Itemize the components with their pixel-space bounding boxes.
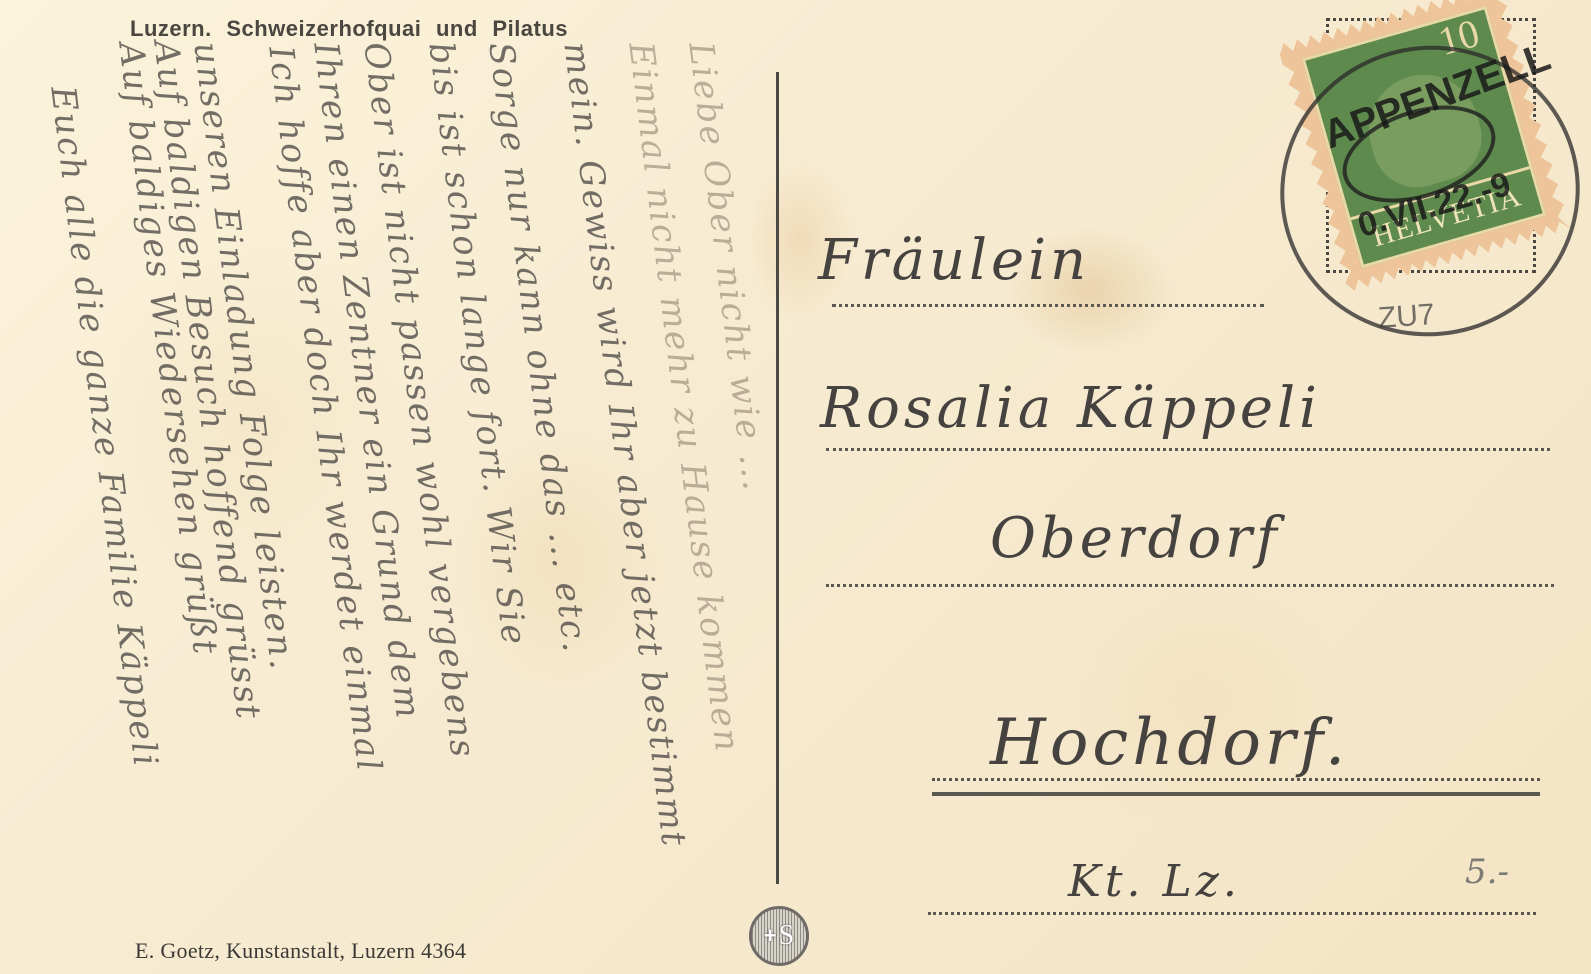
handwritten-message: Auf baldiges Wiedersehen grüßt Euch alle… [0,0,780,974]
address-line-3 [826,584,1554,587]
address-underline [932,792,1540,796]
address-canton: Kt. Lz. [1068,856,1241,907]
address-name: Rosalia Käppeli [820,376,1321,441]
postcard-back: Luzern. Schweizerhofquai und Pilatus Auf… [0,0,1591,974]
address-street: Oberdorf [990,506,1281,571]
postmark-code: ZU7 [1377,298,1436,336]
pencil-note: 5.- [1465,852,1509,892]
address-line-1 [832,304,1264,307]
address-line-2 [826,448,1550,451]
address-city: Hochdorf. [990,706,1349,780]
swiss-cross-s-logo-icon: + S [749,906,809,966]
publisher-imprint: E. Goetz, Kunstanstalt, Luzern 4364 [135,938,466,964]
address-line-5 [928,912,1536,915]
address-line-4 [932,778,1540,781]
address-salutation: Fräulein [818,228,1090,293]
center-divider [776,72,779,884]
